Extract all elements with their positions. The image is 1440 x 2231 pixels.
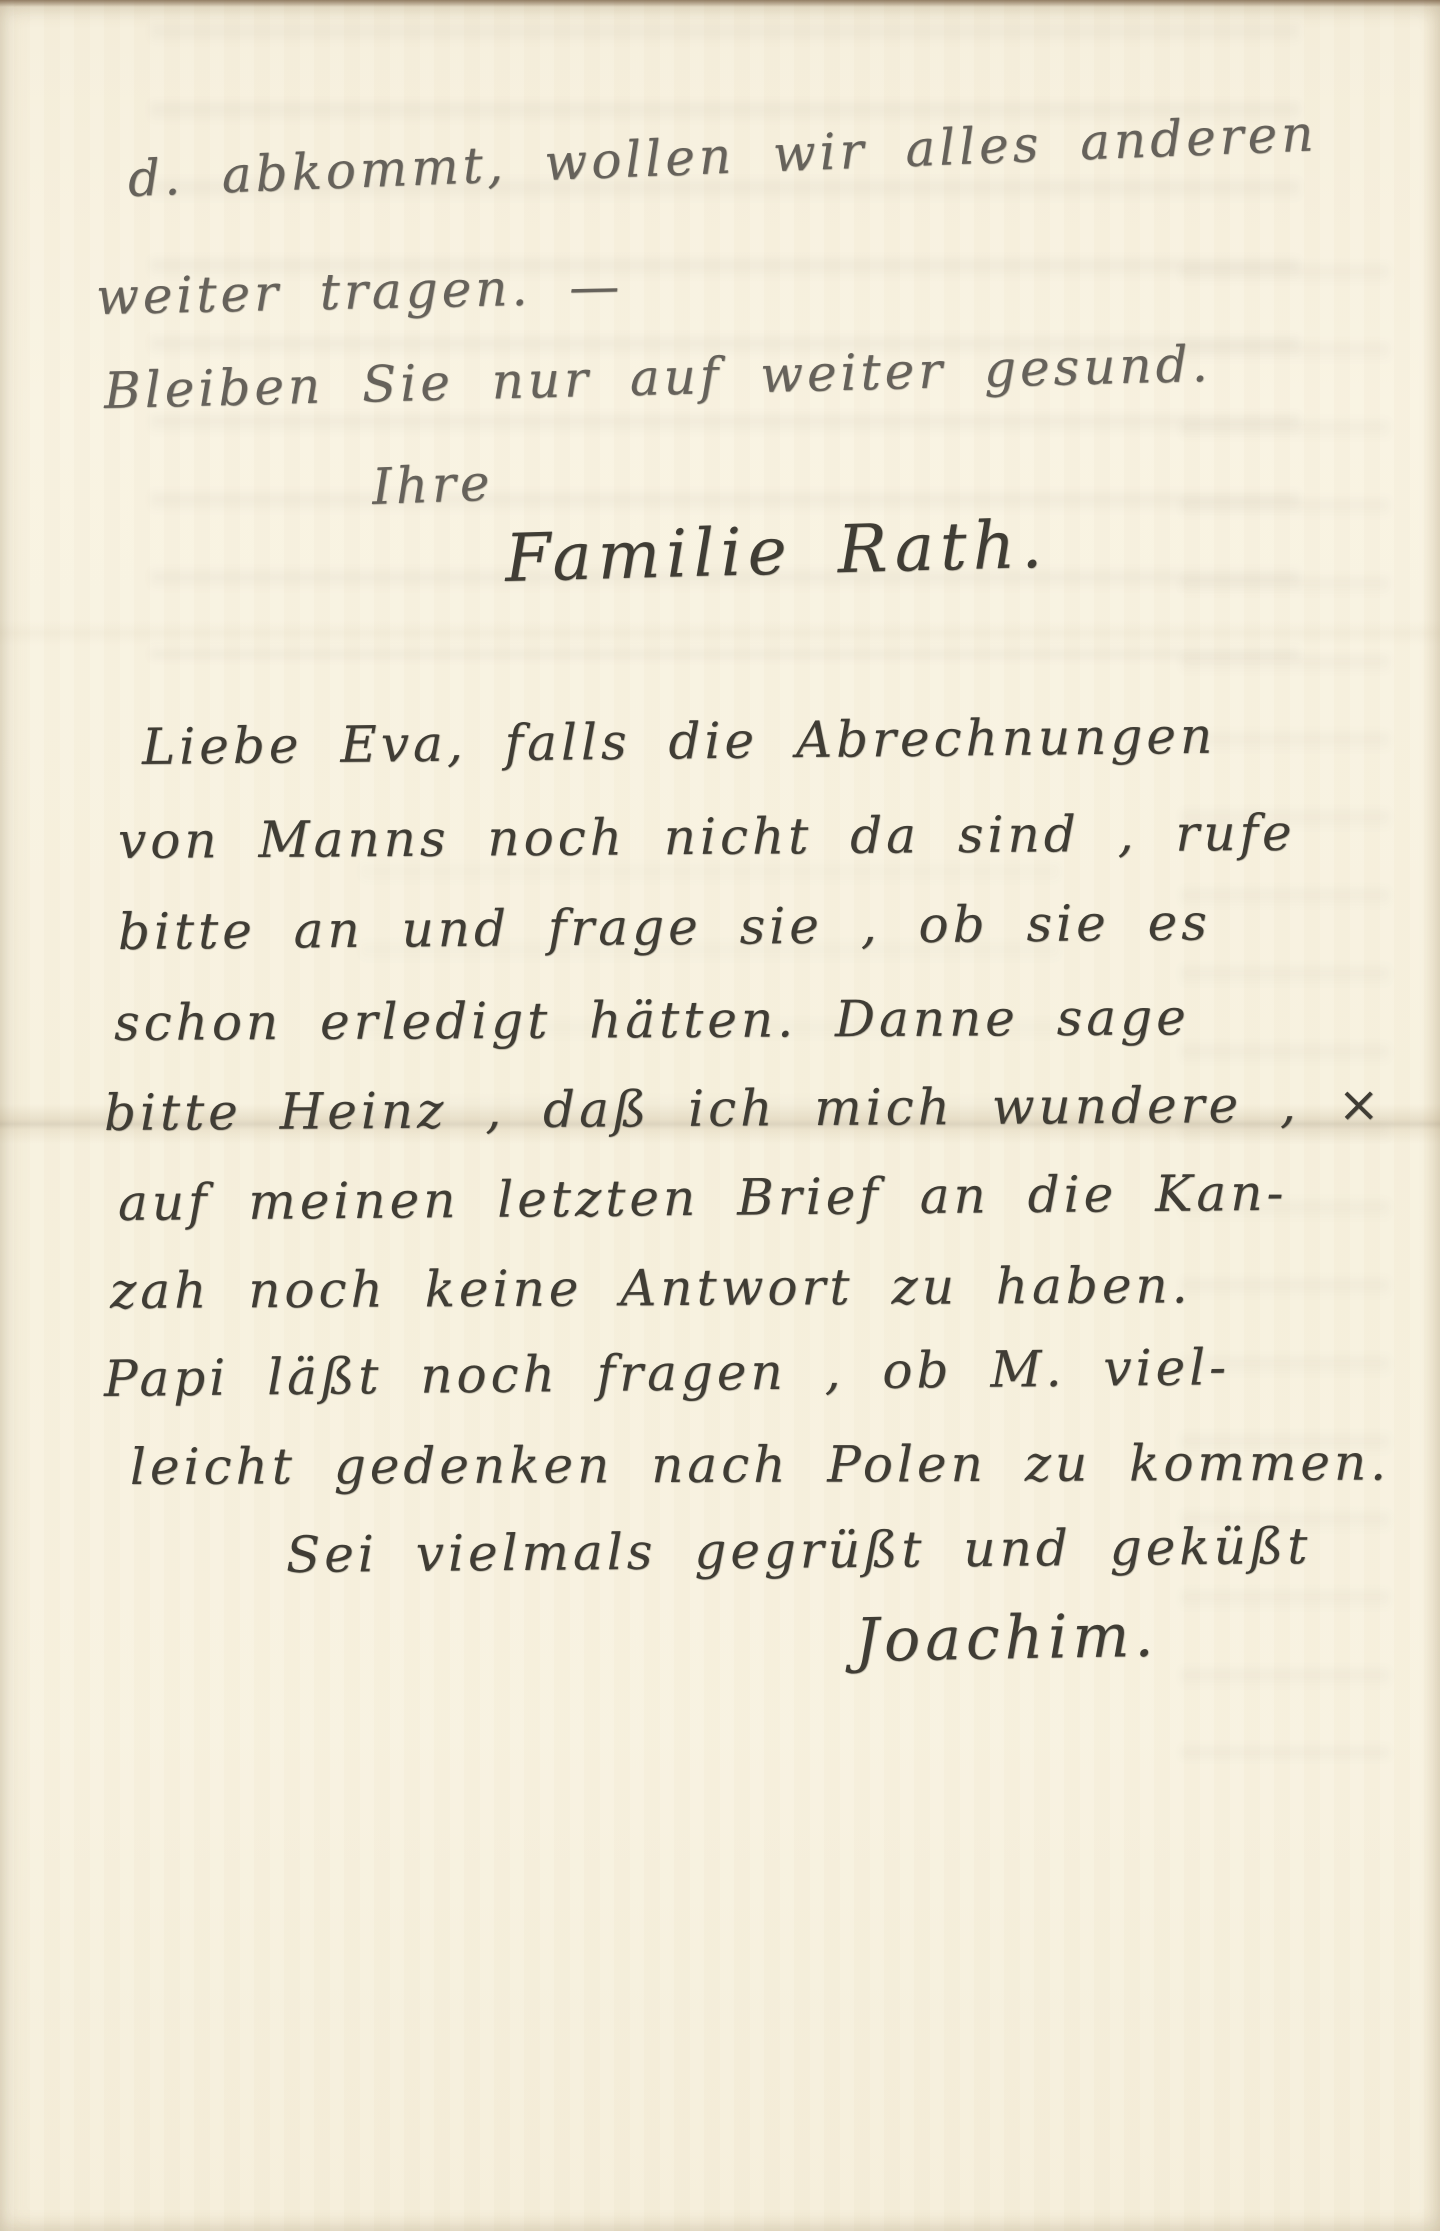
handwriting-line: Papi läßt noch fragen , ob M. viel-	[104, 1338, 1231, 1408]
handwriting-line: von Manns noch nicht da sind , rufe	[118, 804, 1296, 870]
scan-edge-shadow	[0, 0, 1440, 7]
handwriting-line: leicht gedenken nach Polen zu kommen.	[130, 1434, 1390, 1496]
signature-writer: Joachim.	[854, 1601, 1159, 1676]
signature-family: Familie Rath.	[504, 506, 1049, 597]
handwriting-line: bitte Heinz , daß ich mich wundere , ×	[104, 1075, 1384, 1142]
handwriting-line: bitte an und frage sie , ob sie es	[118, 893, 1211, 961]
fold-crease-upper	[0, 620, 1440, 646]
handwriting-line: weiter tragen. —	[95, 257, 623, 326]
handwriting-line: zah noch keine Antwort zu haben.	[110, 1256, 1192, 1320]
handwriting-line: d. abkommt, wollen wir alles anderen	[127, 104, 1318, 208]
handwriting-line: Bleiben Sie nur auf weiter gesund.	[103, 335, 1212, 420]
handwriting-line: auf meinen letzten Brief an die Kan-	[118, 1164, 1288, 1232]
closing-greeting: Sei vielmals gegrüßt und geküßt	[286, 1517, 1312, 1584]
letter-scan-page: d. abkommt, wollen wir alles anderen wei…	[0, 0, 1440, 2231]
handwriting-line: Liebe Eva, falls die Abrechnungen	[142, 707, 1217, 776]
valediction: Ihre	[371, 454, 494, 516]
handwriting-line: schon erledigt hätten. Danne sage	[114, 988, 1190, 1052]
